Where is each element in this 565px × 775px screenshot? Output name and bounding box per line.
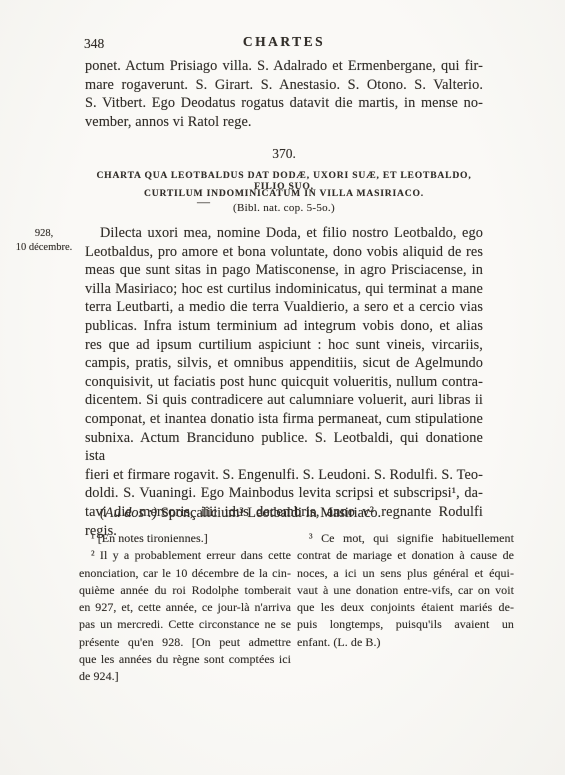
scanned-book-page: 348 CHARTES ponet. Actum Prisiago villa.… — [0, 0, 565, 775]
charter-title-line2: CURTILUM INDOMINICATUM IN VILLA MASIRIAC… — [85, 188, 483, 199]
endorsement-text: Sponçalicium³ Leotbaldi in Masiriaco. — [157, 505, 381, 521]
running-head-title: CHARTES — [85, 34, 483, 50]
charter-number: 370. — [85, 146, 483, 162]
margin-date-note: 928, 10 décembre. — [8, 227, 80, 254]
endorsement-line: (Au dos :) Sponçalicium³ Leotbaldi in Ma… — [85, 504, 483, 523]
endorsement-label: (Au dos :) — [100, 505, 157, 521]
footnote-1: ¹ [En notes tironiennes.] — [79, 530, 291, 547]
margin-date-year: 928, — [8, 227, 80, 241]
footnotes-right-column: ³ Ce mot, qui signifie habituellementcon… — [297, 530, 514, 651]
previous-charter-end-paragraph: ponet. Actum Prisiago villa. S. Adalrado… — [85, 57, 483, 131]
charter-body-text: Dilecta uxori mea, nomine Doda, et filio… — [85, 224, 483, 540]
footnotes-left-column: ¹ [En notes tironiennes.] ² Il y a proba… — [79, 530, 291, 686]
footnote-2: ² Il y a probablement erreur dans cettee… — [79, 547, 291, 685]
margin-date-day: 10 décembre. — [8, 241, 80, 255]
footnote-3: ³ Ce mot, qui signifie habituellementcon… — [297, 530, 514, 651]
manuscript-source-note: (Bibl. nat. cop. 5-5o.) — [85, 202, 483, 214]
